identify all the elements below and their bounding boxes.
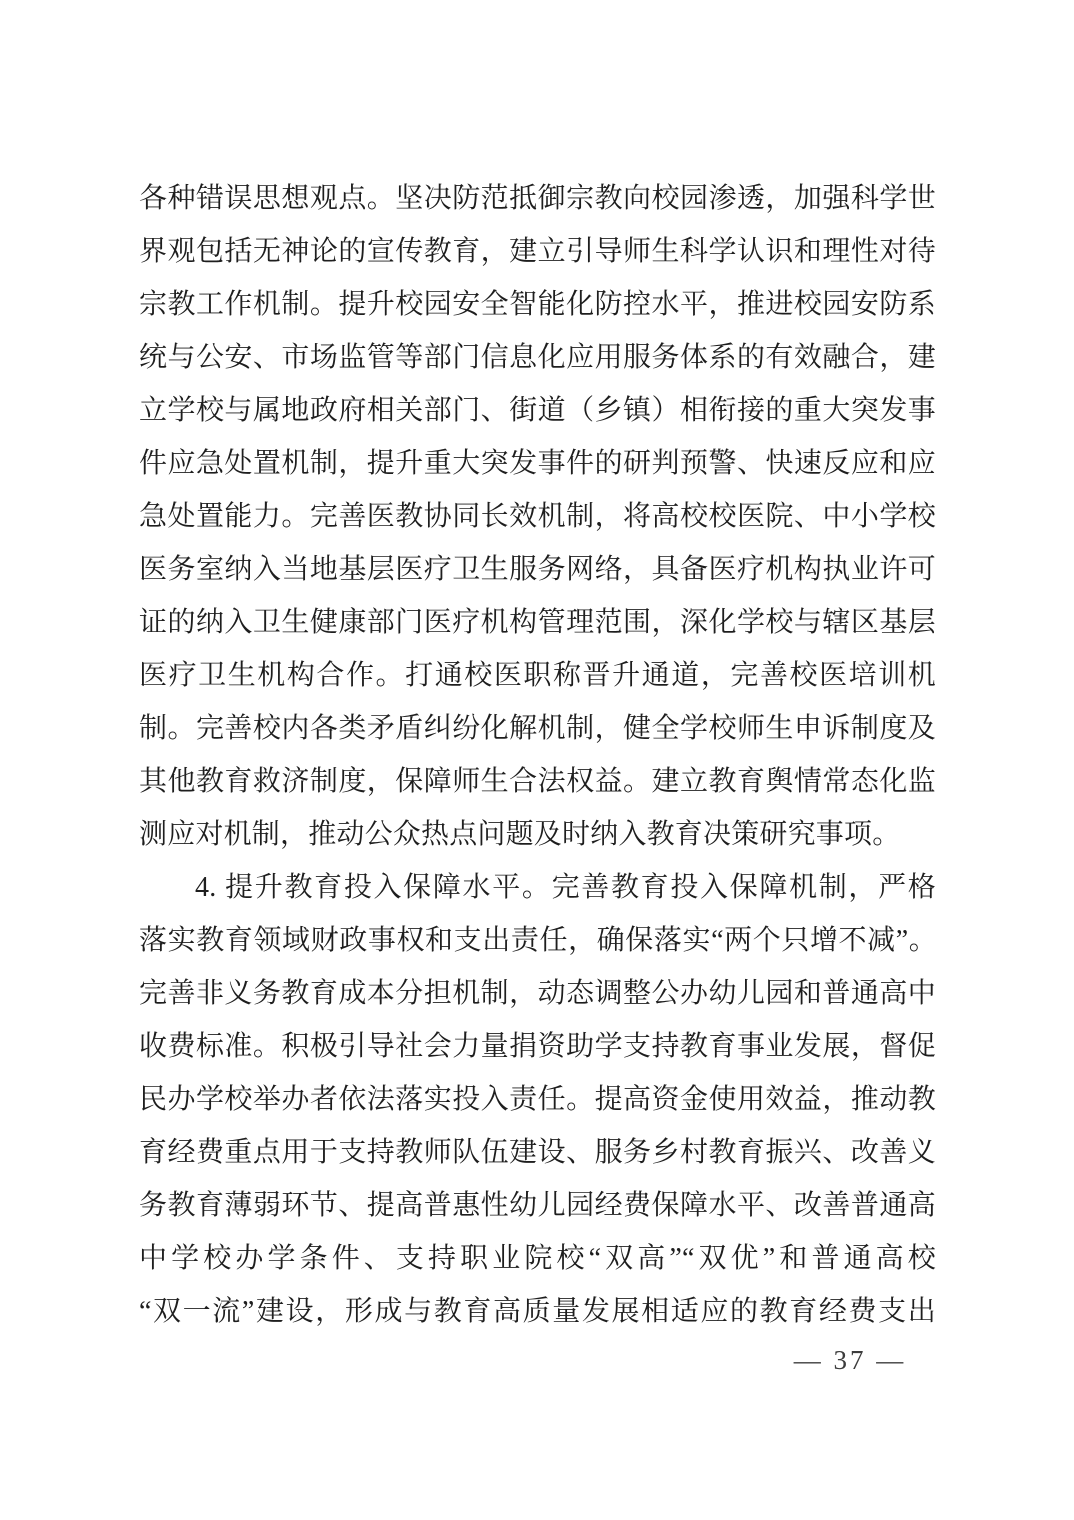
text-line: 界观包括无神论的宣传教育，建立引导师生科学认识和理性对待	[139, 225, 936, 278]
document-body-text: 各种错误思想观点。坚决防范抵御宗教向校园渗透，加强科学世 界观包括无神论的宣传教…	[139, 172, 936, 1338]
text-line: 急处置能力。完善医教协同长效机制，将高校校医院、中小学校	[139, 490, 936, 543]
text-line: 立学校与属地政府相关部门、街道（乡镇）相衔接的重大突发事	[139, 384, 936, 437]
text-line: 育经费重点用于支持教师队伍建设、服务乡村教育振兴、改善义	[139, 1126, 936, 1179]
text-line: 医务室纳入当地基层医疗卫生服务网络，具备医疗机构执业许可	[139, 543, 936, 596]
text-line: 统与公安、市场监管等部门信息化应用服务体系的有效融合，建	[139, 331, 936, 384]
text-line: 件应急处置机制，提升重大突发事件的研判预警、快速反应和应	[139, 437, 936, 490]
page-number: — 37 —	[760, 1340, 940, 1380]
text-line: 证的纳入卫生健康部门医疗机构管理范围，深化学校与辖区基层	[139, 596, 936, 649]
document-page: 各种错误思想观点。坚决防范抵御宗教向校园渗透，加强科学世 界观包括无神论的宣传教…	[0, 0, 1074, 1520]
text-line: 务教育薄弱环节、提高普惠性幼儿园经费保障水平、改善普通高	[139, 1179, 936, 1232]
text-line-paragraph-end: 测应对机制，推动公众热点问题及时纳入教育决策研究事项。	[139, 808, 936, 861]
text-line: 中学校办学条件、支持职业院校“双高”“双优”和普通高校	[139, 1232, 936, 1285]
text-line-section-4-heading: 4. 提升教育投入保障水平。完善教育投入保障机制，严格	[139, 861, 936, 914]
text-line: 宗教工作机制。提升校园安全智能化防控水平，推进校园安防系	[139, 278, 936, 331]
text-line: 其他教育救济制度，保障师生合法权益。建立教育舆情常态化监	[139, 755, 936, 808]
text-line: 收费标准。积极引导社会力量捐资助学支持教育事业发展，督促	[139, 1020, 936, 1073]
text-line: 制。完善校内各类矛盾纠纷化解机制，健全学校师生申诉制度及	[139, 702, 936, 755]
text-line: 落实教育领域财政事权和支出责任，确保落实“两个只增不减”。	[139, 914, 936, 967]
text-line: 各种错误思想观点。坚决防范抵御宗教向校园渗透，加强科学世	[139, 172, 936, 225]
text-line: 医疗卫生机构合作。打通校医职称晋升通道，完善校医培训机	[139, 649, 936, 702]
text-line: “双一流”建设，形成与教育高质量发展相适应的教育经费支出	[139, 1285, 936, 1338]
text-line: 民办学校举办者依法落实投入责任。提高资金使用效益，推动教	[139, 1073, 936, 1126]
text-line: 完善非义务教育成本分担机制，动态调整公办幼儿园和普通高中	[139, 967, 936, 1020]
